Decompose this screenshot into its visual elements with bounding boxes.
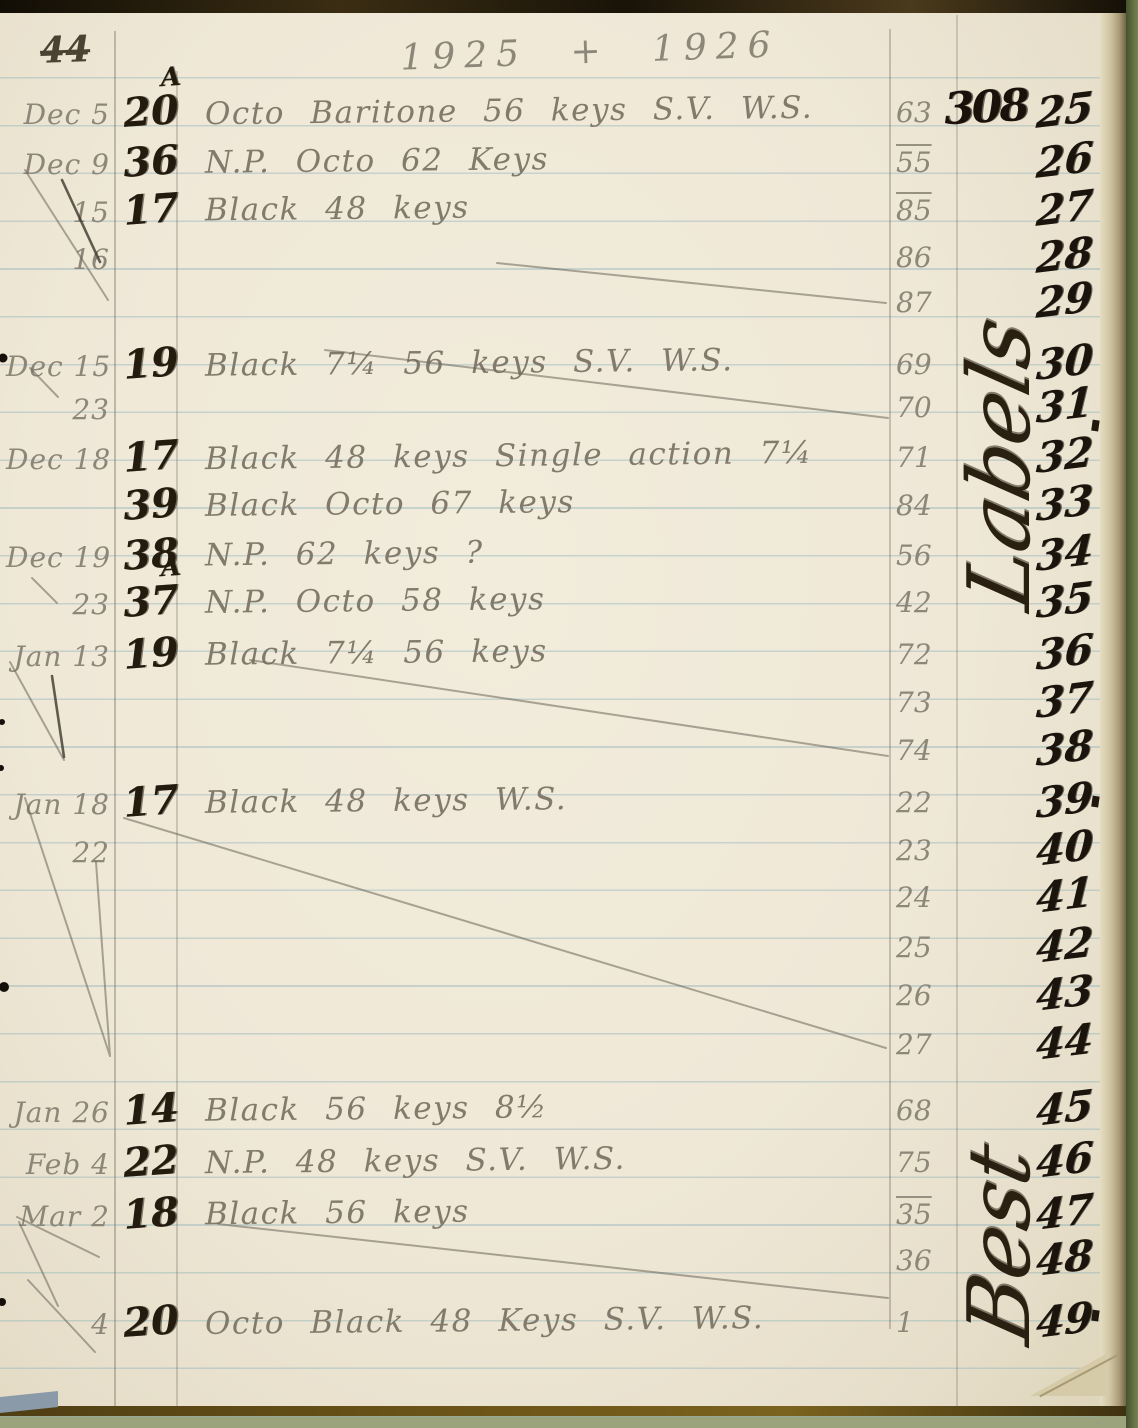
serial-number: 1 <box>896 1306 952 1339</box>
ledger-row: 2441 <box>0 866 1138 918</box>
entry-date: Dec 9 <box>6 148 110 181</box>
superscript-a: A <box>159 62 181 93</box>
entry-date: 22 <box>6 836 110 869</box>
serial-number: 35 <box>896 1198 952 1231</box>
ledger-paper: 1925 + 1926 44 Dec 520AOcto Baritone 56 … <box>0 13 1100 1408</box>
folded-page-corner <box>1030 1354 1106 1396</box>
entry-description: Octo Baritone 56 keys S.V. W.S. <box>205 90 814 132</box>
ledger-row: Dec 520AOcto Baritone 56 keys S.V. W.S.6… <box>0 81 1138 133</box>
entry-date: Jan 26 <box>6 1096 110 1129</box>
serial-number: 22 <box>896 786 952 819</box>
batch-number: 14 <box>112 1083 189 1135</box>
ledger-row: 420Octo Black 48 Keys S.V. W.S.149 <box>0 1291 1138 1343</box>
serial-number: 55 <box>896 146 952 179</box>
serial-number: 73 <box>896 686 952 719</box>
serial-number: 87 <box>896 286 952 319</box>
page-stack-edge <box>1100 13 1126 1408</box>
serial-number: 25 <box>896 931 952 964</box>
batch-number: 39 <box>112 478 189 530</box>
batch-number: 37A <box>112 575 189 627</box>
entry-description: Black 56 keys <box>205 1194 470 1233</box>
entry-date: Jan 13 <box>6 640 110 673</box>
serial-number: 75 <box>896 1146 952 1179</box>
entry-date: 23 <box>6 393 110 426</box>
batch-number: 20 <box>112 1295 189 1347</box>
ledger-row: Feb 422N.P. 48 keys S.V. W.S.7546 <box>0 1131 1138 1183</box>
serial-number: 24 <box>896 881 952 914</box>
serial-number: 42 <box>896 586 952 619</box>
entry-date: 15 <box>6 196 110 229</box>
ledger-row: Mar 218Black 56 keys3547 <box>0 1183 1138 1235</box>
ledger-row: Jan 2614Black 56 keys 8½6845 <box>0 1079 1138 1131</box>
entry-date: 23 <box>6 588 110 621</box>
ledger-row: Jan 1319Black 7¼ 56 keys7236 <box>0 623 1138 675</box>
entry-description: Black 48 keys Single action 7¼ <box>205 435 813 477</box>
ledger-row: 2337AN.P. Octo 58 keys4235 <box>0 571 1138 623</box>
ledger-row: 7438 <box>0 719 1138 771</box>
ledger-row: 2744 <box>0 1013 1138 1065</box>
entry-date: 4 <box>6 1308 110 1341</box>
batch-number: 20A <box>112 85 189 137</box>
entry-description: Black 7¼ 56 keys <box>205 633 548 673</box>
ledger-row: 237031 <box>0 376 1138 428</box>
ledger-row: Dec 1817Black 48 keys Single action 7¼71… <box>0 426 1138 478</box>
entry-description: N.P. 62 keys ? <box>205 535 484 574</box>
overwritten-total: 308 <box>943 80 1028 135</box>
entry-description: N.P. Octo 58 keys <box>205 581 546 621</box>
serial-number: 27 <box>896 1028 952 1061</box>
ledger-row: 3648 <box>0 1229 1138 1281</box>
ledger-page-scan: 1925 + 1926 44 Dec 520AOcto Baritone 56 … <box>0 0 1138 1428</box>
entry-description: N.P. 48 keys S.V. W.S. <box>205 1141 626 1181</box>
page-title-year: 1925 + 1926 <box>369 23 810 79</box>
superscript-a: A <box>159 552 181 583</box>
serial-number: 84 <box>896 489 952 522</box>
entry-description: Black Octo 67 keys <box>205 484 575 524</box>
entry-description: Black 48 keys <box>205 190 470 229</box>
ledger-row: 7337 <box>0 671 1138 723</box>
serial-number: 70 <box>896 391 952 424</box>
serial-number: 71 <box>896 441 952 474</box>
batch-number: 22 <box>112 1135 189 1187</box>
serial-number: 26 <box>896 979 952 1012</box>
entry-description: N.P. Octo 62 Keys <box>205 141 549 181</box>
book-bottom-edge <box>0 1406 1126 1416</box>
entry-description: Black 48 keys W.S. <box>205 781 568 821</box>
crossed-out-page-number: 44 <box>39 28 91 72</box>
serial-number: 86 <box>896 241 952 274</box>
ledger-row: 1517Black 48 keys8527 <box>0 179 1138 231</box>
entry-date: Dec 19 <box>6 541 110 574</box>
entry-description: Octo Black 48 Keys S.V. W.S. <box>205 1300 764 1342</box>
serial-number: 68 <box>896 1094 952 1127</box>
ledger-row: 39Black Octo 67 keys8433 <box>0 474 1138 526</box>
serial-number: 23 <box>896 834 952 867</box>
serial-number: 74 <box>896 734 952 767</box>
ledger-row: Jan 1817Black 48 keys W.S.2239 <box>0 771 1138 823</box>
ledger-row: Dec 936N.P. Octo 62 Keys5526 <box>0 131 1138 183</box>
ledger-row: 222340 <box>0 819 1138 871</box>
ledger-row: 8729 <box>0 271 1138 323</box>
serial-number: 85 <box>896 194 952 227</box>
entry-date: Jan 18 <box>6 788 110 821</box>
entry-description: Black 56 keys 8½ <box>205 1089 548 1129</box>
ledger-row: 2542 <box>0 916 1138 968</box>
ledger-row: 2643 <box>0 964 1138 1016</box>
serial-number: 72 <box>896 638 952 671</box>
serial-number: 36 <box>896 1244 952 1277</box>
entry-date: Dec 5 <box>6 98 110 131</box>
entry-date: Dec 18 <box>6 443 110 476</box>
book-top-binding-edge <box>0 0 1138 13</box>
entry-date: Feb 4 <box>6 1148 110 1181</box>
serial-number: 56 <box>896 539 952 572</box>
